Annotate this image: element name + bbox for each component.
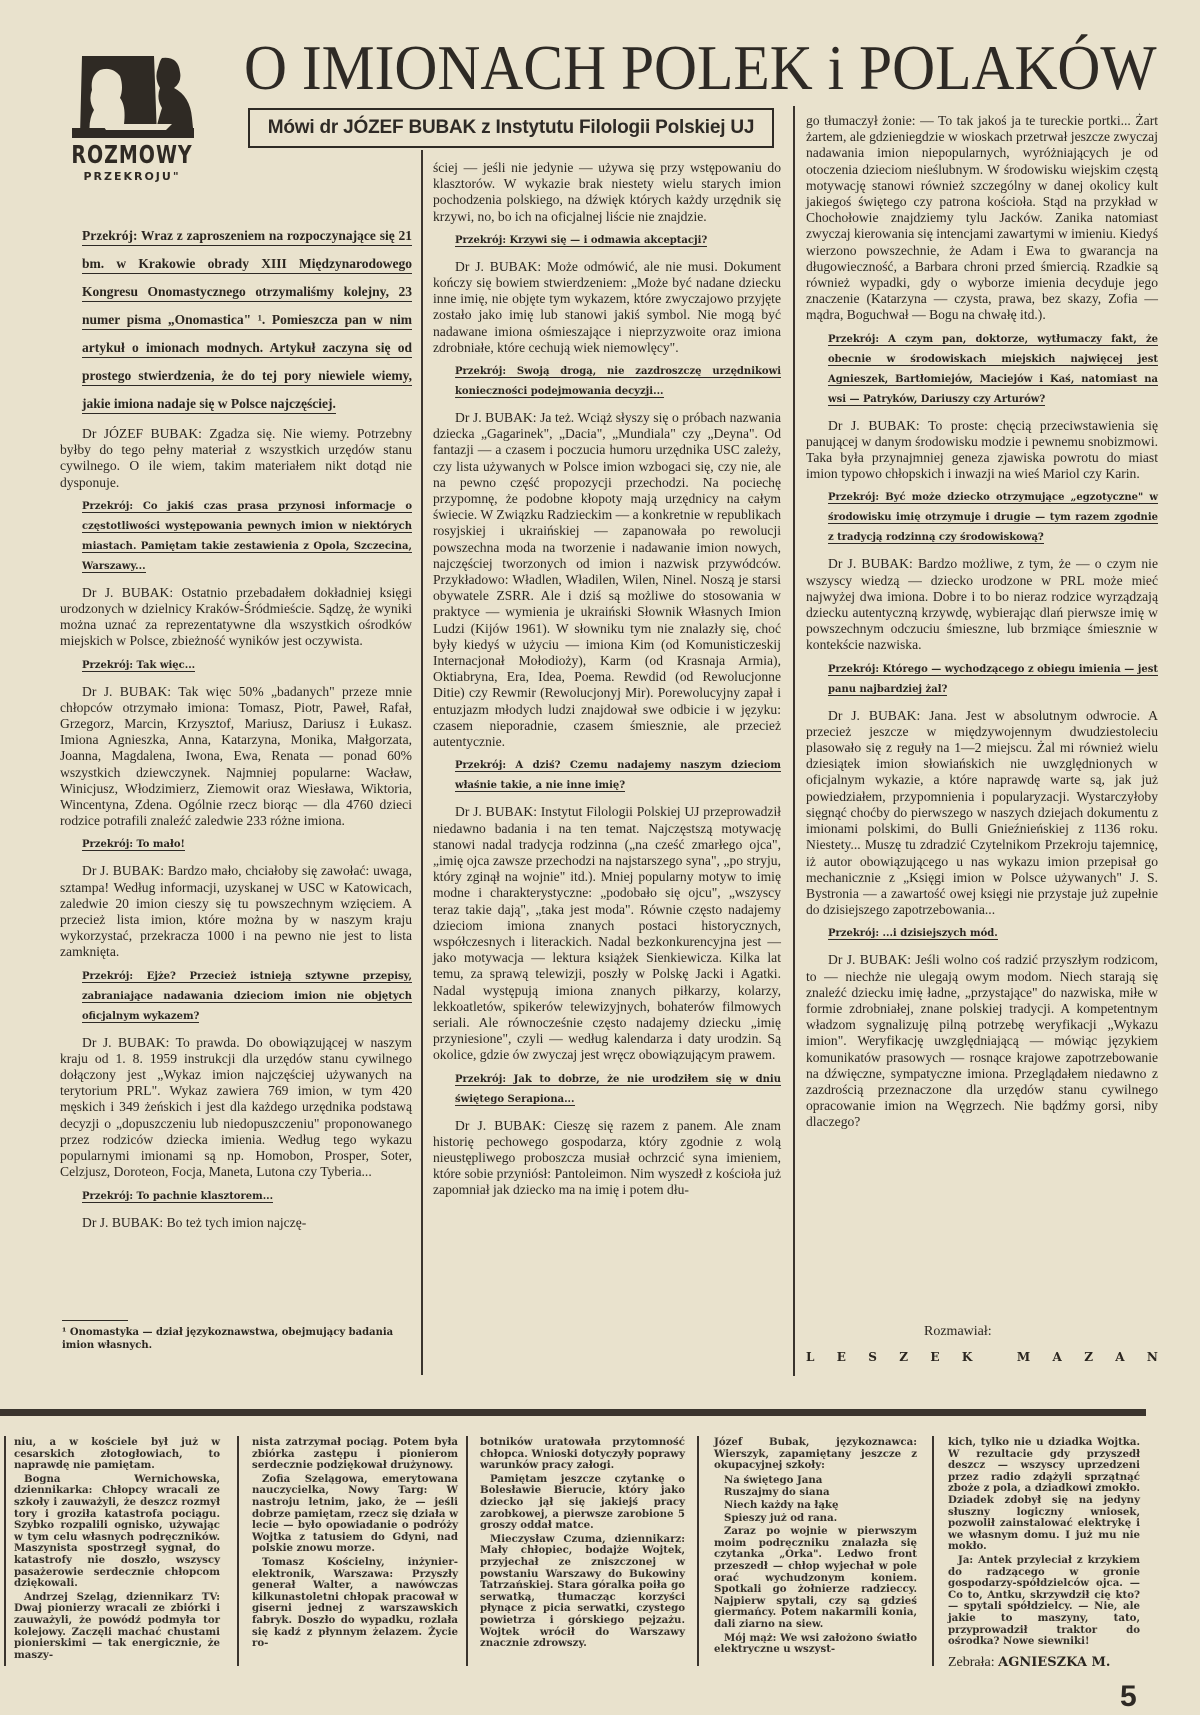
signature-letter: L [806,1350,814,1364]
logo-word: ROZMOWY [62,141,202,170]
question-text: Przekrój: Jak to dobrze, że nie urodziłe… [455,1074,781,1106]
paragraph: Ja: Antek przyleciał z krzykiem do radzą… [948,1555,1140,1648]
interviewer-question: Przekrój: ...i dzisiejszych mód. [806,924,1158,944]
reader-memories-column-1: niu, a w kościele był już w cesarskich z… [14,1437,220,1663]
paragraph: Bogna Wernichowska, dziennikarka: Chłopc… [14,1474,220,1590]
interviewer-question: Przekrój: Ejże? Przecież istnieją sztywn… [60,967,412,1027]
column-divider [793,106,795,1376]
interviewee-answer: Dr J. BUBAK: Instytut Filologii Polskiej… [433,804,781,1063]
question-text: Przekrój: Być może dziecko otrzymujące „… [828,492,1158,544]
interview-silhouette-icon [62,48,202,148]
signature-letter: Z [899,1350,908,1364]
signature-letter: S [868,1350,877,1364]
question-text: Przekrój: ...i dzisiejszych mód. [828,928,998,940]
rozmowy-przekroju-logo: ROZMOWY PRZEKROJU" [62,48,202,188]
article-column-3: go tłumaczył żonie: — To tak jakoś ja te… [806,113,1158,1137]
paragraph: Andrzej Szeląg, dziennikarz TV: Dwaj pio… [14,1592,220,1662]
interviewee-answer: Dr J. BUBAK: Bardzo mało, chciałoby się … [60,863,412,960]
subtitle-box: Mówi dr JÓZEF BUBAK z Instytutu Filologi… [248,108,774,148]
paragraph: Zofia Szelągowa, emerytowana nauczycielk… [252,1474,458,1555]
interviewee-answer: Dr J. BUBAK: Może odmówić, ale nie musi.… [433,259,781,356]
question-text: Przekrój: Wraz z zaproszeniem na rozpocz… [82,228,412,414]
bottom-column-divider [466,1436,468,1666]
signature-letter: E [837,1350,846,1364]
interviewer-name: LESZEKMAZAN [806,1350,1158,1364]
interviewee-answer: Dr J. BUBAK: Ostatnio przebadałem dokład… [60,585,412,650]
signature-letter: A [1115,1350,1124,1364]
interviewer-question: Przekrój: Być może dziecko otrzymujące „… [806,488,1158,548]
question-text: Przekrój: To mało! [82,839,185,851]
interviewer-question: Przekrój: Co jakiś czas prasa przynosi i… [60,497,412,577]
interviewee-answer: Dr J. BUBAK: Bardzo możliwe, z tym, że —… [806,556,1158,653]
article-column-2: ściej — jeśli nie jedynie — używa się pr… [433,160,781,1205]
question-text: Przekrój: Którego — wychodzącego z obieg… [828,664,1158,696]
compiler-label: Zebrała: [948,1655,995,1670]
interviewer-question: Przekrój: A dziś? Czemu nadajemy naszym … [433,756,781,796]
interviewee-answer: Dr J. BUBAK: Cieszę się razem z panem. A… [433,1118,781,1199]
subtitle: Mówi dr JÓZEF BUBAK z Instytutu Filologi… [268,117,755,139]
interviewee-answer: Dr J. BUBAK: Bo też tych imion najczę- [60,1215,412,1231]
compiler-name: AGNIESZKA M. [998,1655,1110,1670]
bottom-column-divider [237,1436,239,1666]
question-text: Przekrój: To pachnie klasztorem... [82,1191,273,1203]
interviewer-question: Przekrój: To pachnie klasztorem... [60,1187,412,1207]
question-text: Przekrój: Ejże? Przecież istnieją sztywn… [82,971,412,1023]
paragraph: botników uratowała przytomność chłopca. … [480,1437,685,1472]
question-text: Przekrój: A czym pan, doktorze, wytłumac… [828,334,1158,406]
reader-memories-column-5: kich, tylko nie u dziadka Wojtka. W rezu… [948,1437,1140,1650]
logo-subtitle: PRZEKROJU" [62,170,202,183]
question-text: Przekrój: Co jakiś czas prasa przynosi i… [82,501,412,573]
paragraph: Pamiętam jeszcze czytankę o Bolesławie B… [480,1474,685,1532]
signature-letter: Z [1084,1350,1093,1364]
signature-letter: A [1053,1350,1062,1364]
question-text: Przekrój: Krzywi się — i odmawia akcepta… [455,235,707,247]
poem-line: Spieszy już od rana. [724,1512,917,1525]
interviewee-answer: Dr JÓZEF BUBAK: Zgadza się. Nie wiemy. P… [60,426,412,491]
question-text: Przekrój: A dziś? Czemu nadajemy naszym … [455,760,781,792]
bottom-column-divider [932,1436,934,1666]
page-title: O IMIONACH POLEK i POLAKÓW [244,36,1157,100]
signature-letter: K [962,1350,972,1364]
footnote: ¹ Onomastyka — dział językoznawstwa, obe… [62,1326,412,1352]
paragraph: Tomasz Kościelny, inżynier-elektronik, W… [252,1557,458,1650]
reader-memories-column-2: nista zatrzymał pociąg. Potem była zbiór… [252,1437,458,1652]
bottom-column-divider [697,1436,699,1666]
interviewee-answer: Dr J. BUBAK: Ja też. Wciąż słyszy się o … [433,410,781,750]
continued-paragraph: ściej — jeśli nie jedynie — używa się pr… [433,160,781,225]
interviewer-question: Przekrój: To mało! [60,835,412,855]
interviewer-question: Przekrój: Jak to dobrze, że nie urodziłe… [433,1070,781,1110]
paragraph: nista zatrzymał pociąg. Potem była zbiór… [252,1437,458,1472]
article-column-1: Przekrój: Wraz z zaproszeniem na rozpocz… [60,220,412,1237]
interviewer-question: Przekrój: Wraz z zaproszeniem na rozpocz… [60,222,412,418]
compiler-signature: Zebrała: AGNIESZKA M. [948,1655,1110,1671]
question-text: Przekrój: Tak więc... [82,660,195,672]
paragraph: Zaraz po wojnie w pierwszym moim podręcz… [714,1526,917,1630]
paragraph: niu, a w kościele był już w cesarskich z… [14,1437,220,1472]
interviewee-answer: Dr J. BUBAK: To prawda. Do obowiązującej… [60,1035,412,1181]
paragraph: Mieczysław Czuma, dziennikarz: Mały chło… [480,1534,685,1650]
poem-line: Na świętego Jana [724,1474,917,1487]
footnote-rule [62,1320,128,1321]
interviewee-answer: Dr J. BUBAK: Tak więc 50% „badanych" prz… [60,684,412,830]
interviewer-question: Przekrój: Krzywi się — i odmawia akcepta… [433,231,781,251]
interviewee-answer: Dr J. BUBAK: Jana. Jest w absolutnym odw… [806,708,1158,919]
interviewer-question: Przekrój: A czym pan, doktorze, wytłumac… [806,330,1158,410]
signature-letter: E [930,1350,939,1364]
bottom-column-divider [4,1436,6,1666]
interviewer-question: Przekrój: Tak więc... [60,656,412,676]
paragraph: Józef Bubak, językoznawca: Wierszyk, zap… [714,1437,917,1472]
interviewee-answer: Dr J. BUBAK: Jeśli wolno coś radzić przy… [806,952,1158,1130]
poem: Na świętego JanaRuszajmy do sianaNiech k… [724,1474,917,1524]
signature-letter: M [1017,1350,1030,1364]
interviewer-label: Rozmawiał: [924,1324,992,1340]
poem-line: Niech każdy na łąkę [724,1499,917,1512]
continued-paragraph: go tłumaczył żonie: — To tak jakoś ja te… [806,113,1158,324]
reader-memories-column-4: Józef Bubak, językoznawca: Wierszyk, zap… [714,1437,917,1658]
paragraph: Mój mąż: We wsi założono światło elektry… [714,1633,917,1656]
page-number: 5 [1120,1680,1137,1714]
poem-line: Ruszajmy do siana [724,1486,917,1499]
signature-letter: N [1147,1350,1158,1364]
interviewer-question: Przekrój: Którego — wychodzącego z obieg… [806,660,1158,700]
column-divider [421,150,423,1375]
reader-memories-column-3: botników uratowała przytomność chłopca. … [480,1437,685,1652]
section-divider-bar [0,1409,1146,1416]
paragraph: kich, tylko nie u dziadka Wojtka. W rezu… [948,1437,1140,1553]
interviewer-question: Przekrój: Swoją drogą, nie zazdroszczę u… [433,362,781,402]
question-text: Przekrój: Swoją drogą, nie zazdroszczę u… [455,366,781,398]
interviewee-answer: Dr J. BUBAK: To proste: chęcią przeciwst… [806,418,1158,483]
